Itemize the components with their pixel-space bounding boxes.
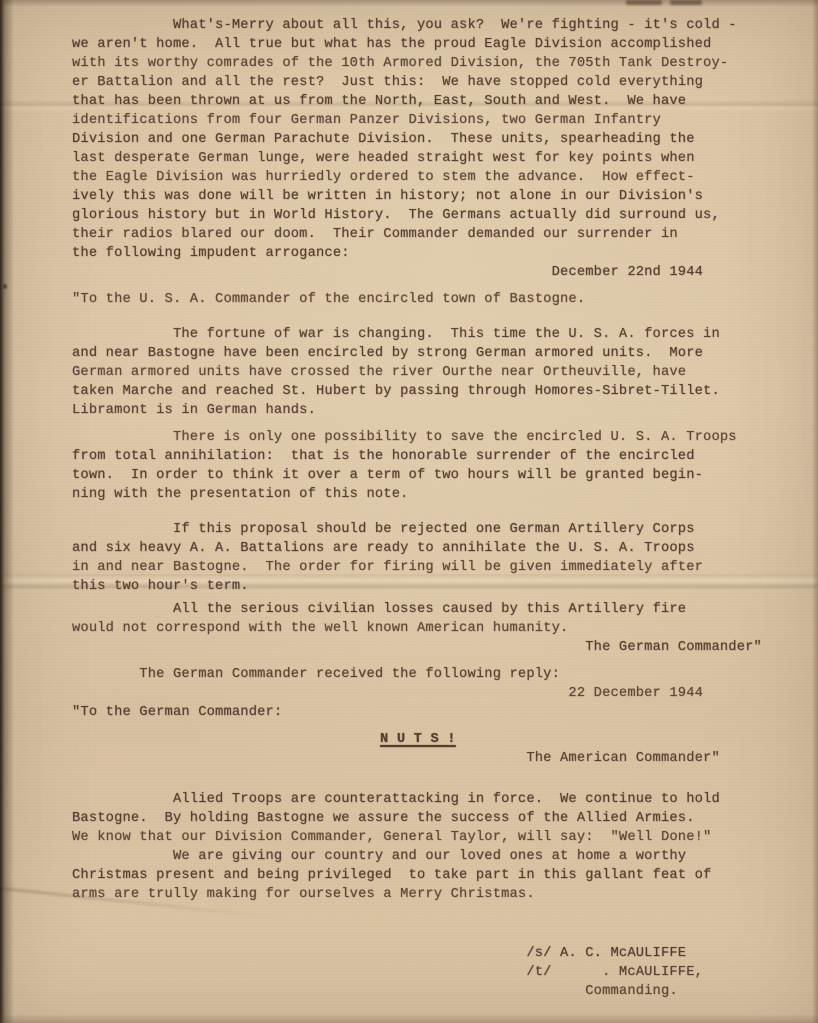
letter-line: German armored units have crossed the ri… bbox=[72, 363, 772, 382]
letter-line: the Eagle Division was hurriedly ordered… bbox=[72, 168, 772, 187]
letter-line: that has been thrown at us from the Nort… bbox=[72, 92, 772, 111]
letter-line: /t/ . McAULIFFE, bbox=[72, 963, 772, 982]
letter-line: What's-Merry about all this, you ask? We… bbox=[72, 16, 772, 35]
letter-line: the following impudent arrogance: bbox=[72, 244, 772, 263]
letter-line: er Battalion and all the rest? Just this… bbox=[72, 73, 772, 92]
letter-line: December 22nd 1944 bbox=[72, 263, 772, 282]
letter-line: from total annihilation: that is the hon… bbox=[72, 447, 772, 466]
letter-line: All the serious civilian losses caused b… bbox=[72, 600, 772, 619]
letter-body: What's-Merry about all this, you ask? We… bbox=[72, 16, 772, 1001]
nuts-reply-line: N U T S ! bbox=[380, 730, 772, 749]
letter-line: The fortune of war is changing. This tim… bbox=[72, 325, 772, 344]
letter-line: and near Bastogne have been encircled by… bbox=[72, 344, 772, 363]
letter-line: "To the U. S. A. Commander of the encirc… bbox=[72, 290, 772, 309]
letter-line: Allied Troops are counterattacking in fo… bbox=[72, 790, 772, 809]
page-edge-bottom bbox=[0, 1014, 818, 1023]
page-edge-left bbox=[0, 0, 14, 1023]
letter-line: 22 December 1944 bbox=[72, 684, 772, 703]
letter-line: Christmas present and being privileged t… bbox=[72, 866, 772, 885]
letter-line: The German Commander" bbox=[72, 638, 772, 657]
letter-line: town. In order to think it over a term o… bbox=[72, 466, 772, 485]
letter-line: There is only one possibility to save th… bbox=[72, 428, 772, 447]
letter-line: in and near Bastogne. The order for firi… bbox=[72, 558, 772, 577]
letter-line: "To the German Commander: bbox=[72, 703, 772, 722]
letter-line: taken Marche and reached St. Hubert by p… bbox=[72, 382, 772, 401]
letter-line: Division and one German Parachute Divisi… bbox=[72, 130, 772, 149]
scanned-letter-page: What's-Merry about all this, you ask? We… bbox=[0, 0, 818, 1023]
letter-line: Libramont is in German hands. bbox=[72, 401, 772, 420]
page-edge-right bbox=[812, 0, 818, 1023]
letter-line: last desperate German lunge, were headed… bbox=[72, 149, 772, 168]
letter-line: this two hour's term. bbox=[72, 577, 772, 596]
letter-line: We are giving our country and our loved … bbox=[72, 847, 772, 866]
letter-line: We know that our Division Commander, Gen… bbox=[72, 828, 772, 847]
letter-line: arms are trully making for ourselves a M… bbox=[72, 885, 772, 904]
letter-line: /s/ A. C. McAULIFFE bbox=[72, 944, 772, 963]
letter-line: would not correspond with the well known… bbox=[72, 619, 772, 638]
letter-line: ning with the presentation of this note. bbox=[72, 485, 772, 504]
letter-line: The American Commander" bbox=[72, 749, 772, 768]
letter-line: Bastogne. By holding Bastogne we assure … bbox=[72, 809, 772, 828]
letter-line: we aren't home. All true but what has th… bbox=[72, 35, 772, 54]
letter-line: their radios blared our doom. Their Comm… bbox=[72, 225, 772, 244]
letter-line: with its worthy comrades of the 10th Arm… bbox=[72, 54, 772, 73]
letter-line: identifications from four German Panzer … bbox=[72, 111, 772, 130]
letter-line: and six heavy A. A. Battalions are ready… bbox=[72, 539, 772, 558]
page-edge-top bbox=[0, 0, 818, 7]
letter-line: ively this was done will be written in h… bbox=[72, 187, 772, 206]
letter-line: If this proposal should be rejected one … bbox=[72, 520, 772, 539]
letter-line: Commanding. bbox=[72, 982, 772, 1001]
letter-line: glorious history but in World History. T… bbox=[72, 206, 772, 225]
letter-line: The German Commander received the follow… bbox=[72, 665, 772, 684]
